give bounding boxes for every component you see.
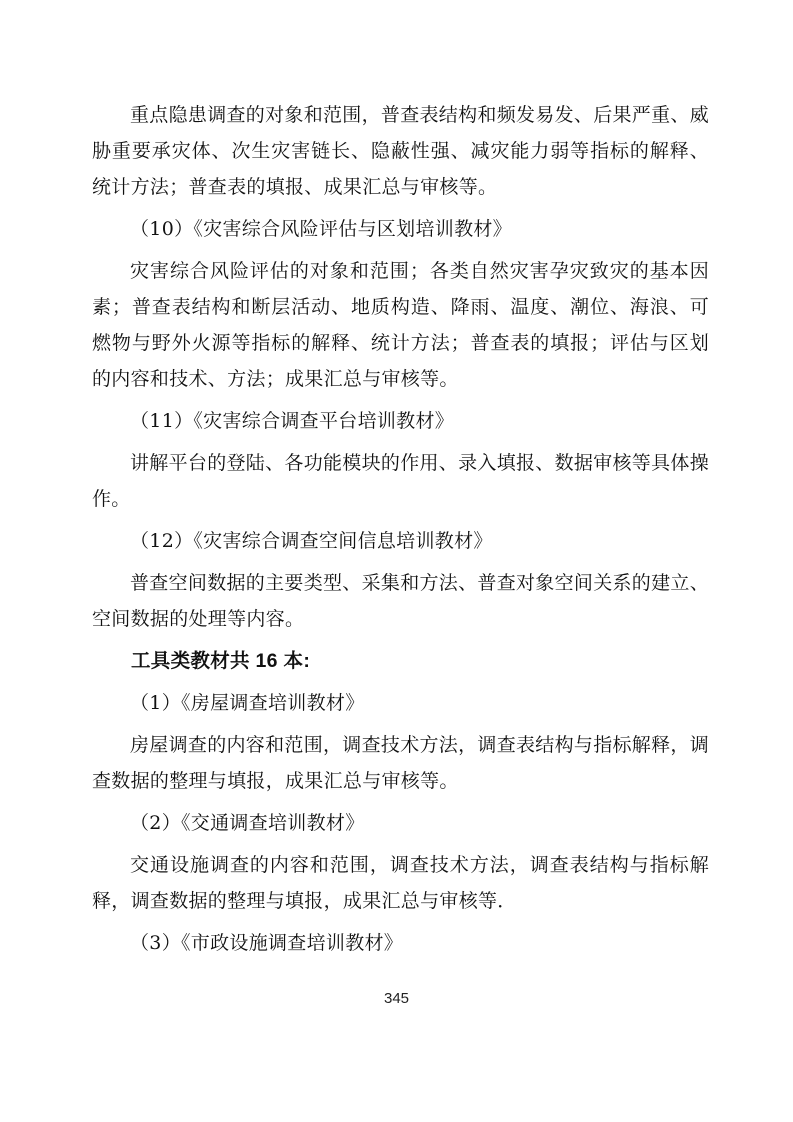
document-page: 重点隐患调查的对象和范围，普查表结构和频发易发、后果严重、威胁重要承灾体、次生灾… (0, 0, 793, 1122)
item-title: （11）《灾害综合调查平台培训教材》 (92, 403, 709, 439)
item-title: （2）《交通调查培训教材》 (92, 805, 709, 841)
body-paragraph: 交通设施调查的内容和范围，调查技术方法，调查表结构与指标解释，调查数据的整理与填… (92, 847, 709, 919)
item-title: （12）《灾害综合调查空间信息培训教材》 (92, 523, 709, 559)
item-title: （3）《市政设施调查培训教材》 (92, 925, 709, 961)
body-paragraph: 房屋调查的内容和范围，调查技术方法，调查表结构与指标解释，调查数据的整理与填报，… (92, 727, 709, 799)
section-heading: 工具类教材共 16 本: (92, 643, 709, 679)
body-paragraph: 普查空间数据的主要类型、采集和方法、普查对象空间关系的建立、空间数据的处理等内容… (92, 565, 709, 637)
page-number: 345 (0, 990, 793, 1007)
body-paragraph: 灾害综合风险评估的对象和范围；各类自然灾害孕灾致灾的基本因素；普查表结构和断层活… (92, 253, 709, 397)
body-paragraph: 重点隐患调查的对象和范围，普查表结构和频发易发、后果严重、威胁重要承灾体、次生灾… (92, 97, 709, 205)
body-paragraph: 讲解平台的登陆、各功能模块的作用、录入填报、数据审核等具体操作。 (92, 445, 709, 517)
item-title: （10）《灾害综合风险评估与区划培训教材》 (92, 211, 709, 247)
item-title: （1）《房屋调查培训教材》 (92, 685, 709, 721)
document-content: 重点隐患调查的对象和范围，普查表结构和频发易发、后果严重、威胁重要承灾体、次生灾… (92, 97, 709, 967)
